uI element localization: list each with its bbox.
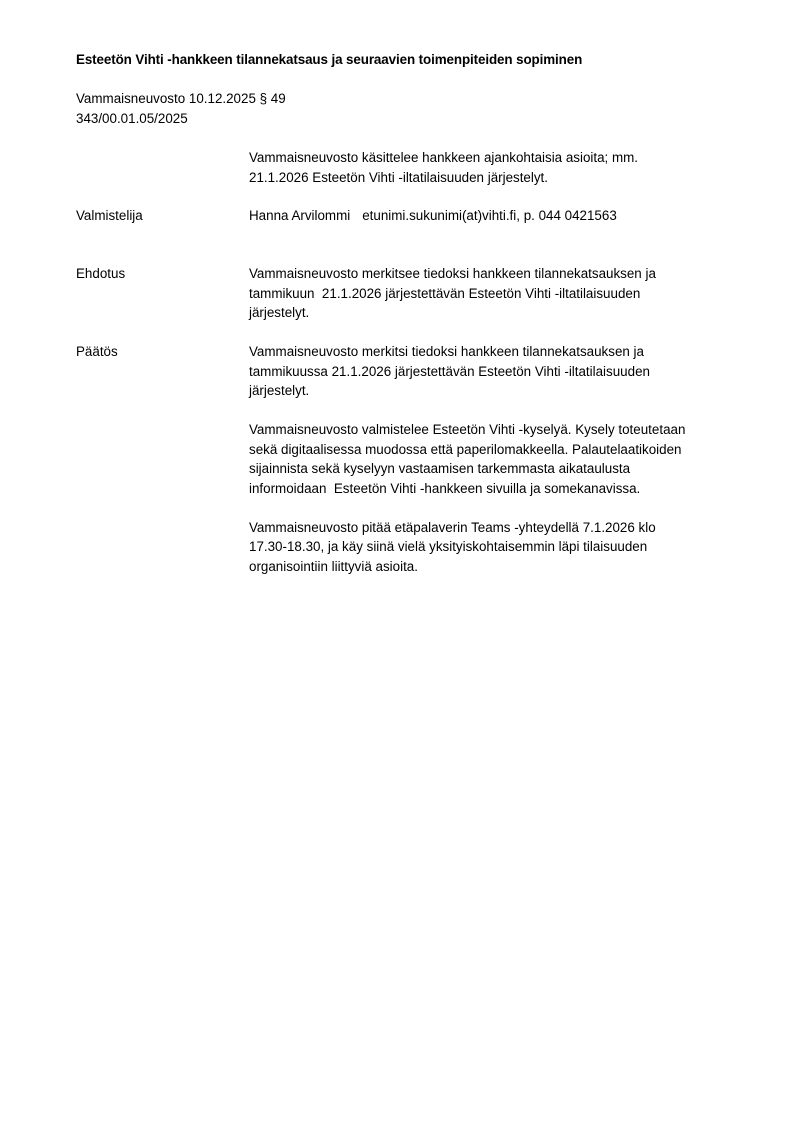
decision-line: organisointiin liittyviä asioita.: [249, 557, 749, 577]
preparer-name: Hanna Arvilommi: [249, 208, 350, 223]
document-title: Esteetön Vihti -hankkeen tilannekatsaus …: [76, 50, 582, 70]
decision-line: informoidaan Esteetön Vihti -hankkeen si…: [249, 479, 749, 499]
proposal-line: järjestelyt.: [249, 303, 749, 323]
decision-line: järjestelyt.: [249, 381, 749, 401]
preparer-contact: etunimi.sukunimi(at)vihti.fi, p. 044 042…: [362, 208, 617, 223]
decision-line: Vammaisneuvosto merkitsi tiedoksi hankke…: [249, 342, 749, 362]
proposal-line: Vammaisneuvosto merkitsee tiedoksi hankk…: [249, 264, 749, 284]
proposal-line: tammikuun 21.1.2026 järjestettävän Estee…: [249, 284, 749, 304]
decision-line: sijainnista sekä kyselyyn vastaamisen ta…: [249, 459, 749, 479]
meeting-meta: Vammaisneuvosto 10.12.2025 § 49 343/00.0…: [76, 89, 286, 128]
decision-line: Vammaisneuvosto valmistelee Esteetön Vih…: [249, 420, 749, 440]
record-number: 343/00.01.05/2025: [76, 109, 286, 129]
decision-line: sekä digitaalisessa muodossa että paperi…: [249, 440, 749, 460]
intro-line: Vammaisneuvosto käsittelee hankkeen ajan…: [249, 148, 749, 168]
decision-paragraph: Vammaisneuvosto merkitsi tiedoksi hankke…: [249, 342, 749, 401]
decision-label: Päätös: [76, 342, 118, 362]
decision-paragraph: Vammaisneuvosto valmistelee Esteetön Vih…: [249, 420, 749, 498]
intro-line: 21.1.2026 Esteetön Vihti -iltatilaisuude…: [249, 168, 749, 188]
decision-paragraph: Vammaisneuvosto pitää etäpalaverin Teams…: [249, 518, 749, 577]
decision-line: 17.30-18.30, ja käy siinä vielä yksityis…: [249, 537, 749, 557]
meeting-line: Vammaisneuvosto 10.12.2025 § 49: [76, 89, 286, 109]
proposal-text: Vammaisneuvosto merkitsee tiedoksi hankk…: [249, 264, 749, 323]
decision-line: Vammaisneuvosto pitää etäpalaverin Teams…: [249, 518, 749, 538]
decision-text: Vammaisneuvosto merkitsi tiedoksi hankke…: [249, 342, 749, 596]
decision-line: tammikuussa 21.1.2026 järjestettävän Est…: [249, 362, 749, 382]
intro-text: Vammaisneuvosto käsittelee hankkeen ajan…: [249, 148, 749, 187]
document-page: Esteetön Vihti -hankkeen tilannekatsaus …: [0, 0, 794, 1122]
preparer-info: Hanna Arvilommietunimi.sukunimi(at)vihti…: [249, 206, 749, 226]
proposal-label: Ehdotus: [76, 264, 125, 284]
preparer-label: Valmistelija: [76, 206, 143, 226]
